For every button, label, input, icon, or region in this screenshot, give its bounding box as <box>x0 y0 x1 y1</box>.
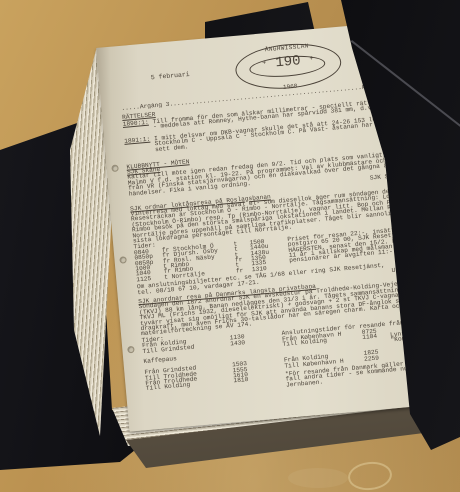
anghvisslan-logo: ÅNGHWISSLAN + 190 + 1968 <box>234 40 343 93</box>
logo-plus-left: + <box>262 62 267 68</box>
punch-hole <box>111 165 119 173</box>
punch-hole <box>119 256 127 264</box>
desk-smudge <box>288 468 348 488</box>
logo-plus-right: + <box>309 57 314 63</box>
logo-issue-number: 190 <box>275 54 301 70</box>
correction-label: 1891:1: <box>124 136 155 155</box>
schedule-left: Från Kolding 1130 Till Grindsted 1430 <box>142 331 286 392</box>
issue-date: 5 februari <box>151 72 190 81</box>
schedule-time: 1810 <box>233 376 263 384</box>
punch-hole <box>127 346 135 354</box>
photo-scene: 5 februari ÅNGHWISSLAN + 190 + 1968 Post… <box>0 0 460 492</box>
connection-time: 2259 <box>364 354 392 362</box>
